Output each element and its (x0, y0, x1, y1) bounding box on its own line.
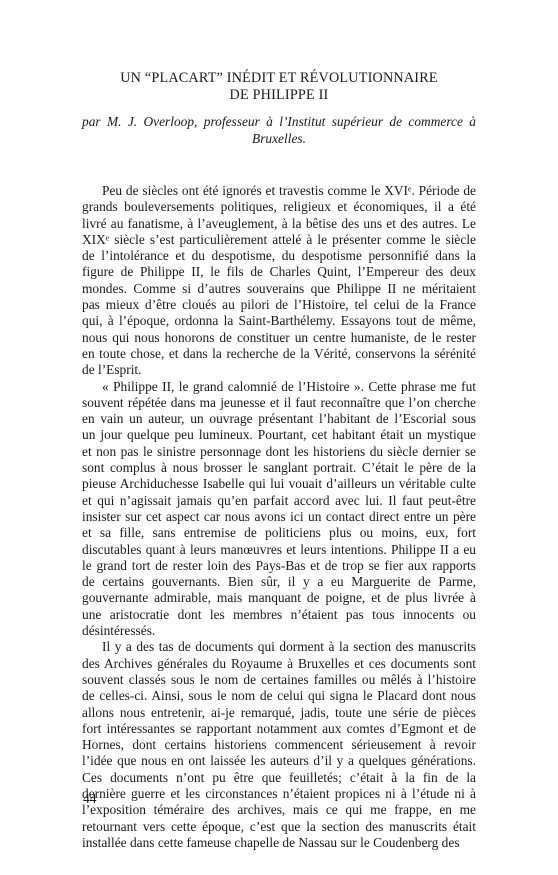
text-line: en vain un auteur, un ouvrage présentant… (82, 411, 476, 427)
text-line: « Philippe II, le grand calomnié de l’Hi… (82, 379, 476, 395)
text-line: de l’Esprit. (82, 362, 476, 378)
paragraph: Il y a des tas de documents qui dorment … (82, 639, 476, 851)
text-line: qui, à l’époque, ordonna la Saint-Barthé… (82, 313, 476, 329)
text-line: souvent répétée dans ma jeunesse et il f… (82, 395, 476, 411)
text-line: et sa fille, sans entremise de politicie… (82, 525, 476, 541)
paragraph: Peu de siècles ont été ignorés et traves… (82, 183, 476, 379)
text-line: et non pas le sinistre personnage dont l… (82, 444, 476, 460)
text-line: pieuse Archiduchesse Isabelle qui lui vo… (82, 476, 476, 492)
text-line: et qui n’agissait jamais qu’en parfait a… (82, 493, 476, 509)
title-line-2: DE PHILIPPE II (82, 87, 476, 104)
text-line: allons nous entretenir, ai-je remarqué, … (82, 705, 476, 721)
text-line: installée dans cette fameuse chapelle de… (82, 835, 476, 851)
text-line: figure de Philippe II, le fils de Charle… (82, 264, 476, 280)
text-line: en toute chose, et dans la recherche de … (82, 346, 476, 362)
text-line: sont complus à nous brosser le sanglant … (82, 460, 476, 476)
text-line: souvent classés sous le nom de certaines… (82, 672, 476, 688)
article-body: Peu de siècles ont été ignorés et traves… (82, 183, 476, 851)
text-line: pas mieux d’être cloués au pilori de l’H… (82, 297, 476, 313)
text-line: insister sur cet aspect car nous avons i… (82, 509, 476, 525)
text-line: mondes. Comme si d’autres souverains que… (82, 281, 476, 297)
text-line: de certains gouvernants. Bien sûr, il y … (82, 574, 476, 590)
text-line: de celles-ci. Ainsi, sous le nom de celu… (82, 688, 476, 704)
text-line: le grand tort de rester loin des Pays-Ba… (82, 558, 476, 574)
text-line: un jour quelque peu lumineux. Pourtant, … (82, 427, 476, 443)
text-line: discutables quant à leurs manœuvres et l… (82, 542, 476, 558)
text-line: des Archives générales du Royaume à Brux… (82, 656, 476, 672)
author-byline: par M. J. Overloop, professeur à l’Insti… (82, 113, 476, 147)
byline-line-1: par M. J. Overloop, professeur à l’Insti… (82, 113, 476, 130)
byline-line-2: Bruxelles. (82, 130, 476, 147)
text-line: retournant vers cette époque, c’est que … (82, 819, 476, 835)
text-line: grands bouleversements politiques, relig… (82, 199, 476, 215)
text-line: Il y a des tas de documents qui dorment … (82, 639, 476, 655)
paragraph: « Philippe II, le grand calomnié de l’Hi… (82, 379, 476, 640)
text-line: Ces documents n’ont pu être que feuillet… (82, 770, 476, 786)
text-line: l’exposition téméraire des archives, mai… (82, 802, 476, 818)
text-line: l’idée que nous en ont laissée les auteu… (82, 753, 476, 769)
text-line: une aristocratie dont les membres n’étai… (82, 607, 476, 623)
title-line-1: UN “PLACART” INÉDIT ET RÉVOLUTIONNAIRE (82, 70, 476, 87)
text-line: livré au fanatisme, à l’aveuglement, à l… (82, 216, 476, 232)
text-line: de l’intolérance et du despotisme, du de… (82, 248, 476, 264)
text-line: désintéressés. (82, 623, 476, 639)
text-line: gouvernante admirable, mais manquant de … (82, 590, 476, 606)
page-number: 44 (83, 791, 96, 807)
text-line: XIXᵉ siècle s’est particulièrement attel… (82, 232, 476, 248)
text-line: Peu de siècles ont été ignorés et traves… (82, 183, 476, 199)
text-line: Hornes, dont certains historiens commenc… (82, 737, 476, 753)
text-line: fort intéressantes se rapportant notamme… (82, 721, 476, 737)
text-line: nous qui nous honorons de constituer un … (82, 330, 476, 346)
text-line: dernière guerre et les circonstances n’é… (82, 786, 476, 802)
article-title: UN “PLACART” INÉDIT ET RÉVOLUTIONNAIRE D… (82, 70, 476, 104)
